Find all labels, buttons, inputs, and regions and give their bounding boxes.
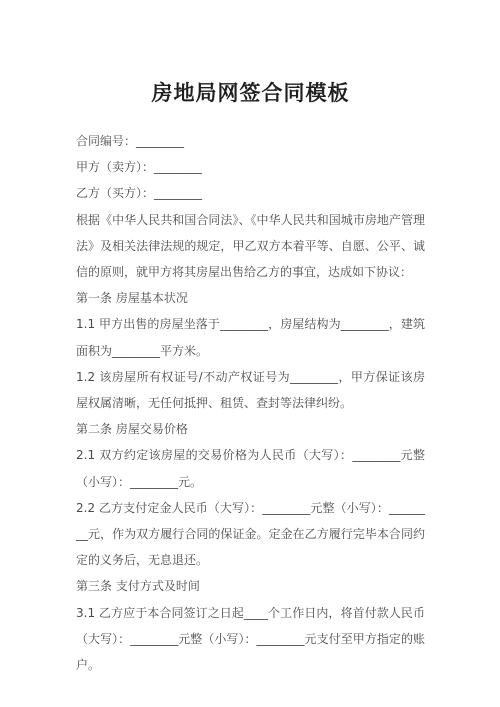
- section-2-heading: 第二条 房屋交易价格: [76, 416, 425, 442]
- party-a-seller-line: 甲方（卖方）：________: [76, 154, 425, 180]
- clause-1-1: 1.1 甲方出售的房屋坐落于________，房屋结构为________，建筑面…: [76, 311, 425, 363]
- clause-1-2: 1.2 该房屋所有权证号/不动产权证号为________，甲方保证该房屋权属清晰…: [76, 364, 425, 416]
- clause-2-2: 2.2 乙方支付定金人民币（大写）：________元整（小写）：_______…: [76, 495, 425, 574]
- preamble-paragraph: 根据《中华人民共和国合同法》、《中华人民共和国城市房地产管理法》及相关法律法规的…: [76, 207, 425, 286]
- party-b-buyer-line: 乙方（买方）：________: [76, 180, 425, 206]
- clause-2-1: 2.1 双方约定该房屋的交易价格为人民币（大写）：________元整（小写）：…: [76, 442, 425, 494]
- contract-number-line: 合同编号：________: [76, 128, 425, 154]
- document-title: 房地局网签合同模板: [76, 78, 425, 108]
- section-3-heading: 第三条 支付方式及时间: [76, 573, 425, 599]
- section-1-heading: 第一条 房屋基本状况: [76, 285, 425, 311]
- contract-document-page: 房地局网签合同模板 合同编号：________ 甲方（卖方）：________ …: [0, 0, 500, 707]
- clause-3-1: 3.1 乙方应于本合同签订之日起____个工作日内，将首付款人民币（大写）：__…: [76, 600, 425, 679]
